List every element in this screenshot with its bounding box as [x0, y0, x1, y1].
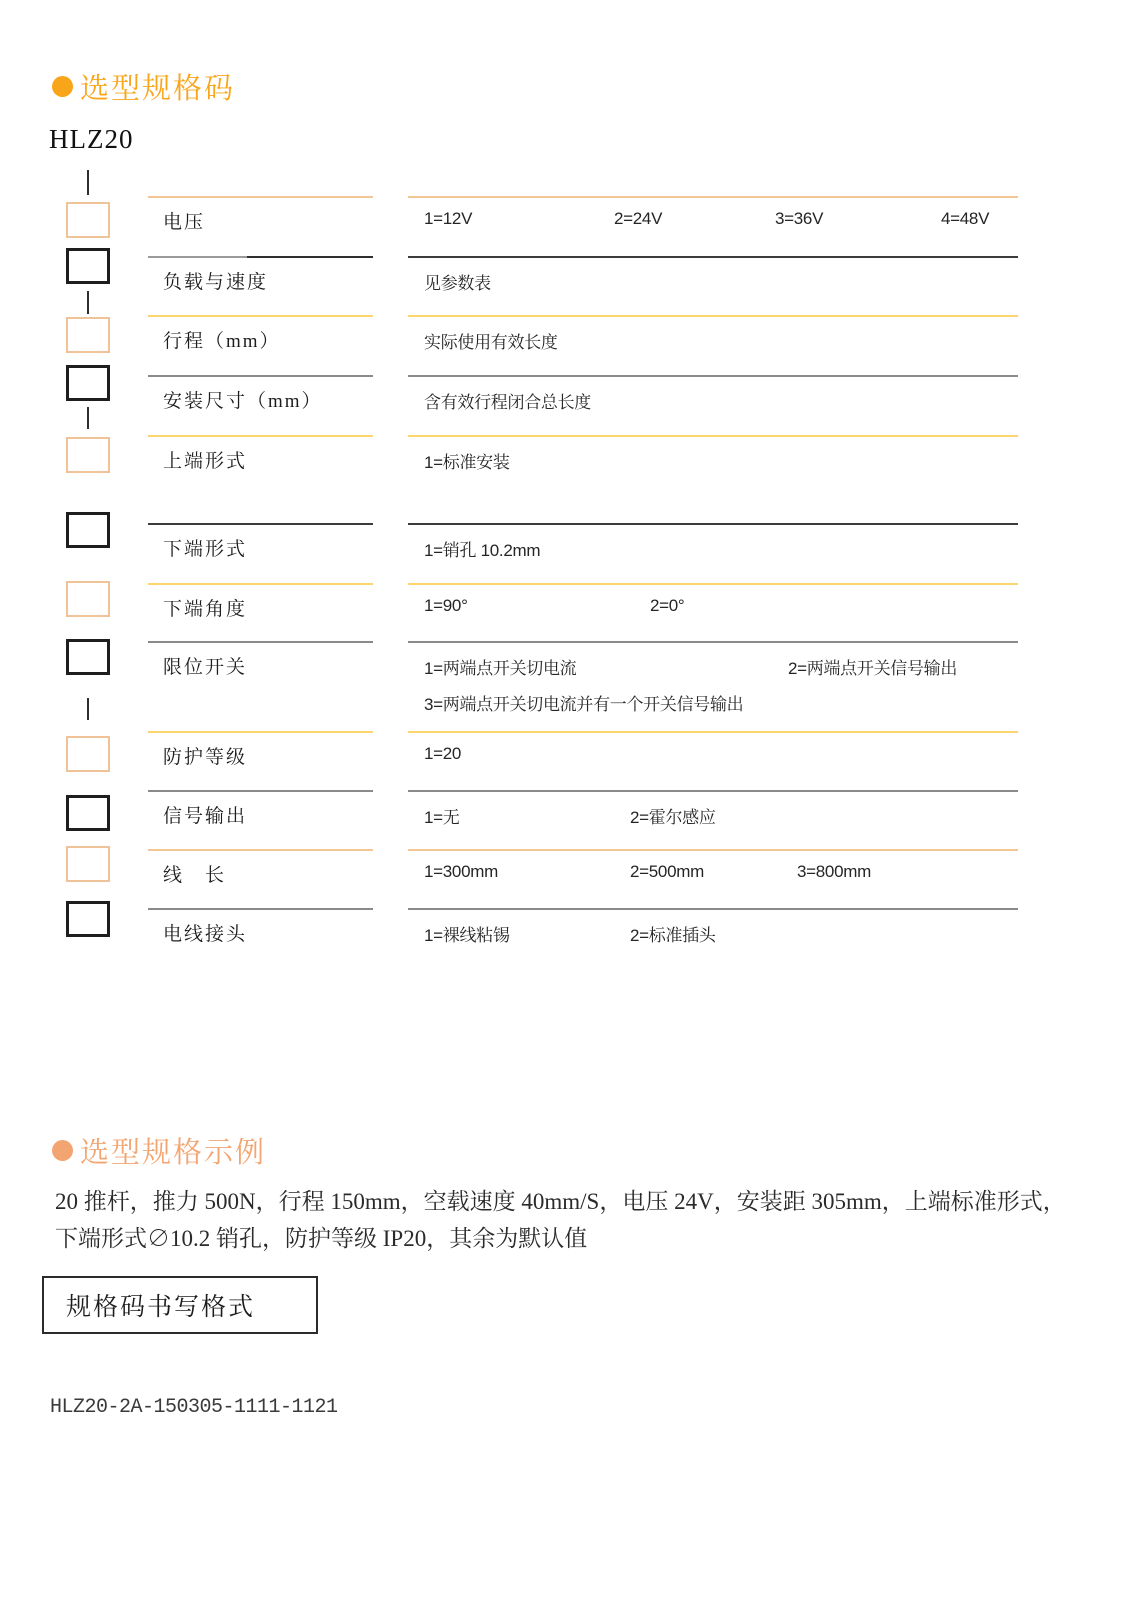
bullet-icon	[52, 1140, 73, 1161]
row-label: 防护等级	[163, 742, 247, 769]
row-label: 限位开关	[163, 652, 247, 679]
row-label: 行程（mm）	[163, 326, 281, 353]
datasheet-page: 选型规格码 HLZ20 电压 1=12V 2=24V 3=36V 4=48V 负…	[0, 0, 1131, 1600]
spec-row-signal-output: 信号输出 1=无 2=霍尔感应	[0, 790, 1131, 850]
value-rule	[408, 790, 1018, 792]
spec-row-wire-length: 线 长 1=300mm 2=500mm 3=800mm	[0, 849, 1131, 909]
value-rule	[408, 315, 1018, 317]
option-value: 1=销孔 10.2mm	[424, 536, 540, 561]
value-rule	[408, 196, 1018, 198]
option-value: 1=裸线粘锡	[424, 921, 510, 946]
option-value: 实际使用有效长度	[424, 328, 558, 353]
row-label: 上端形式	[163, 446, 247, 473]
value-rule	[408, 435, 1018, 437]
option-value: 见参数表	[424, 269, 491, 294]
example-paragraph: 20 推杆，推力 500N，行程 150mm，空载速度 40mm/S，电压 24…	[55, 1183, 1080, 1257]
value-rule	[408, 849, 1018, 851]
example-spec-code: HLZ20-2A-150305-1111-1121	[50, 1396, 338, 1419]
spec-row-bottom-angle: 下端角度 1=90° 2=0°	[0, 583, 1131, 643]
spec-row-top-end-form: 上端形式 1=标准安装	[0, 435, 1131, 495]
option-value: 含有效行程闭合总长度	[424, 388, 591, 413]
option-value: 1=20	[424, 744, 461, 764]
option-value: 2=500mm	[630, 862, 704, 882]
label-rule	[148, 583, 373, 585]
option-value: 1=12V	[424, 209, 472, 229]
section-title-spec-code: 选型规格码	[52, 66, 235, 107]
format-box-label: 规格码书写格式	[66, 1287, 255, 1323]
label-rule	[148, 256, 373, 258]
option-value: 2=24V	[614, 209, 662, 229]
value-rule	[408, 641, 1018, 643]
bullet-icon	[52, 76, 73, 97]
format-box: 规格码书写格式	[42, 1276, 318, 1334]
row-label: 信号输出	[163, 801, 247, 828]
spec-row-limit-switch: 限位开关 1=两端点开关切电流 2=两端点开关信号输出 3=两端点开关切电流并有…	[0, 641, 1131, 741]
row-label: 电线接头	[163, 919, 247, 946]
option-value: 1=无	[424, 803, 459, 828]
label-rule	[148, 375, 373, 377]
option-value: 3=800mm	[797, 862, 871, 882]
row-label: 安装尺寸（mm）	[163, 386, 323, 413]
value-rule	[408, 375, 1018, 377]
label-rule	[148, 641, 373, 643]
row-label: 负载与速度	[163, 267, 268, 294]
option-value: 4=48V	[941, 209, 989, 229]
spec-row-wire-connector: 电线接头 1=裸线粘锡 2=标准插头	[0, 908, 1131, 968]
option-value: 1=90°	[424, 596, 468, 616]
option-value: 3=36V	[775, 209, 823, 229]
label-rule	[148, 731, 373, 733]
value-rule	[408, 523, 1018, 525]
row-label: 下端形式	[163, 534, 247, 561]
option-value: 1=标准安装	[424, 448, 510, 473]
spec-row-mounting-size: 安装尺寸（mm） 含有效行程闭合总长度	[0, 375, 1131, 435]
connector-line	[87, 170, 89, 195]
option-value: 2=霍尔感应	[630, 803, 716, 828]
option-value: 1=300mm	[424, 862, 498, 882]
value-rule	[408, 256, 1018, 258]
spec-row-voltage: 电压 1=12V 2=24V 3=36V 4=48V	[0, 196, 1131, 256]
label-rule	[148, 790, 373, 792]
label-rule	[148, 435, 373, 437]
spec-row-load-speed: 负载与速度 见参数表	[0, 256, 1131, 316]
section-title-text: 选型规格示例	[80, 1130, 266, 1171]
value-rule	[408, 908, 1018, 910]
row-label: 下端角度	[163, 594, 247, 621]
option-value: 2=0°	[650, 596, 684, 616]
spec-row-protection-rating: 防护等级 1=20	[0, 731, 1131, 791]
spec-row-bottom-end-form: 下端形式 1=销孔 10.2mm	[0, 523, 1131, 583]
section-title-spec-example: 选型规格示例	[52, 1130, 266, 1171]
spec-row-stroke: 行程（mm） 实际使用有效长度	[0, 315, 1131, 375]
row-label: 电压	[163, 207, 205, 234]
row-label: 线 长	[163, 860, 226, 887]
option-value: 1=两端点开关切电流	[424, 654, 576, 679]
label-rule	[148, 908, 373, 910]
option-value: 3=两端点开关切电流并有一个开关信号输出	[424, 690, 743, 715]
section-title-text: 选型规格码	[80, 66, 235, 107]
option-value: 2=标准插头	[630, 921, 716, 946]
value-rule	[408, 583, 1018, 585]
model-name: HLZ20	[49, 124, 133, 155]
label-rule	[148, 315, 373, 317]
label-rule	[148, 849, 373, 851]
option-value: 2=两端点开关信号输出	[788, 654, 957, 679]
label-rule	[148, 523, 373, 525]
label-rule	[148, 196, 373, 198]
value-rule	[408, 731, 1018, 733]
